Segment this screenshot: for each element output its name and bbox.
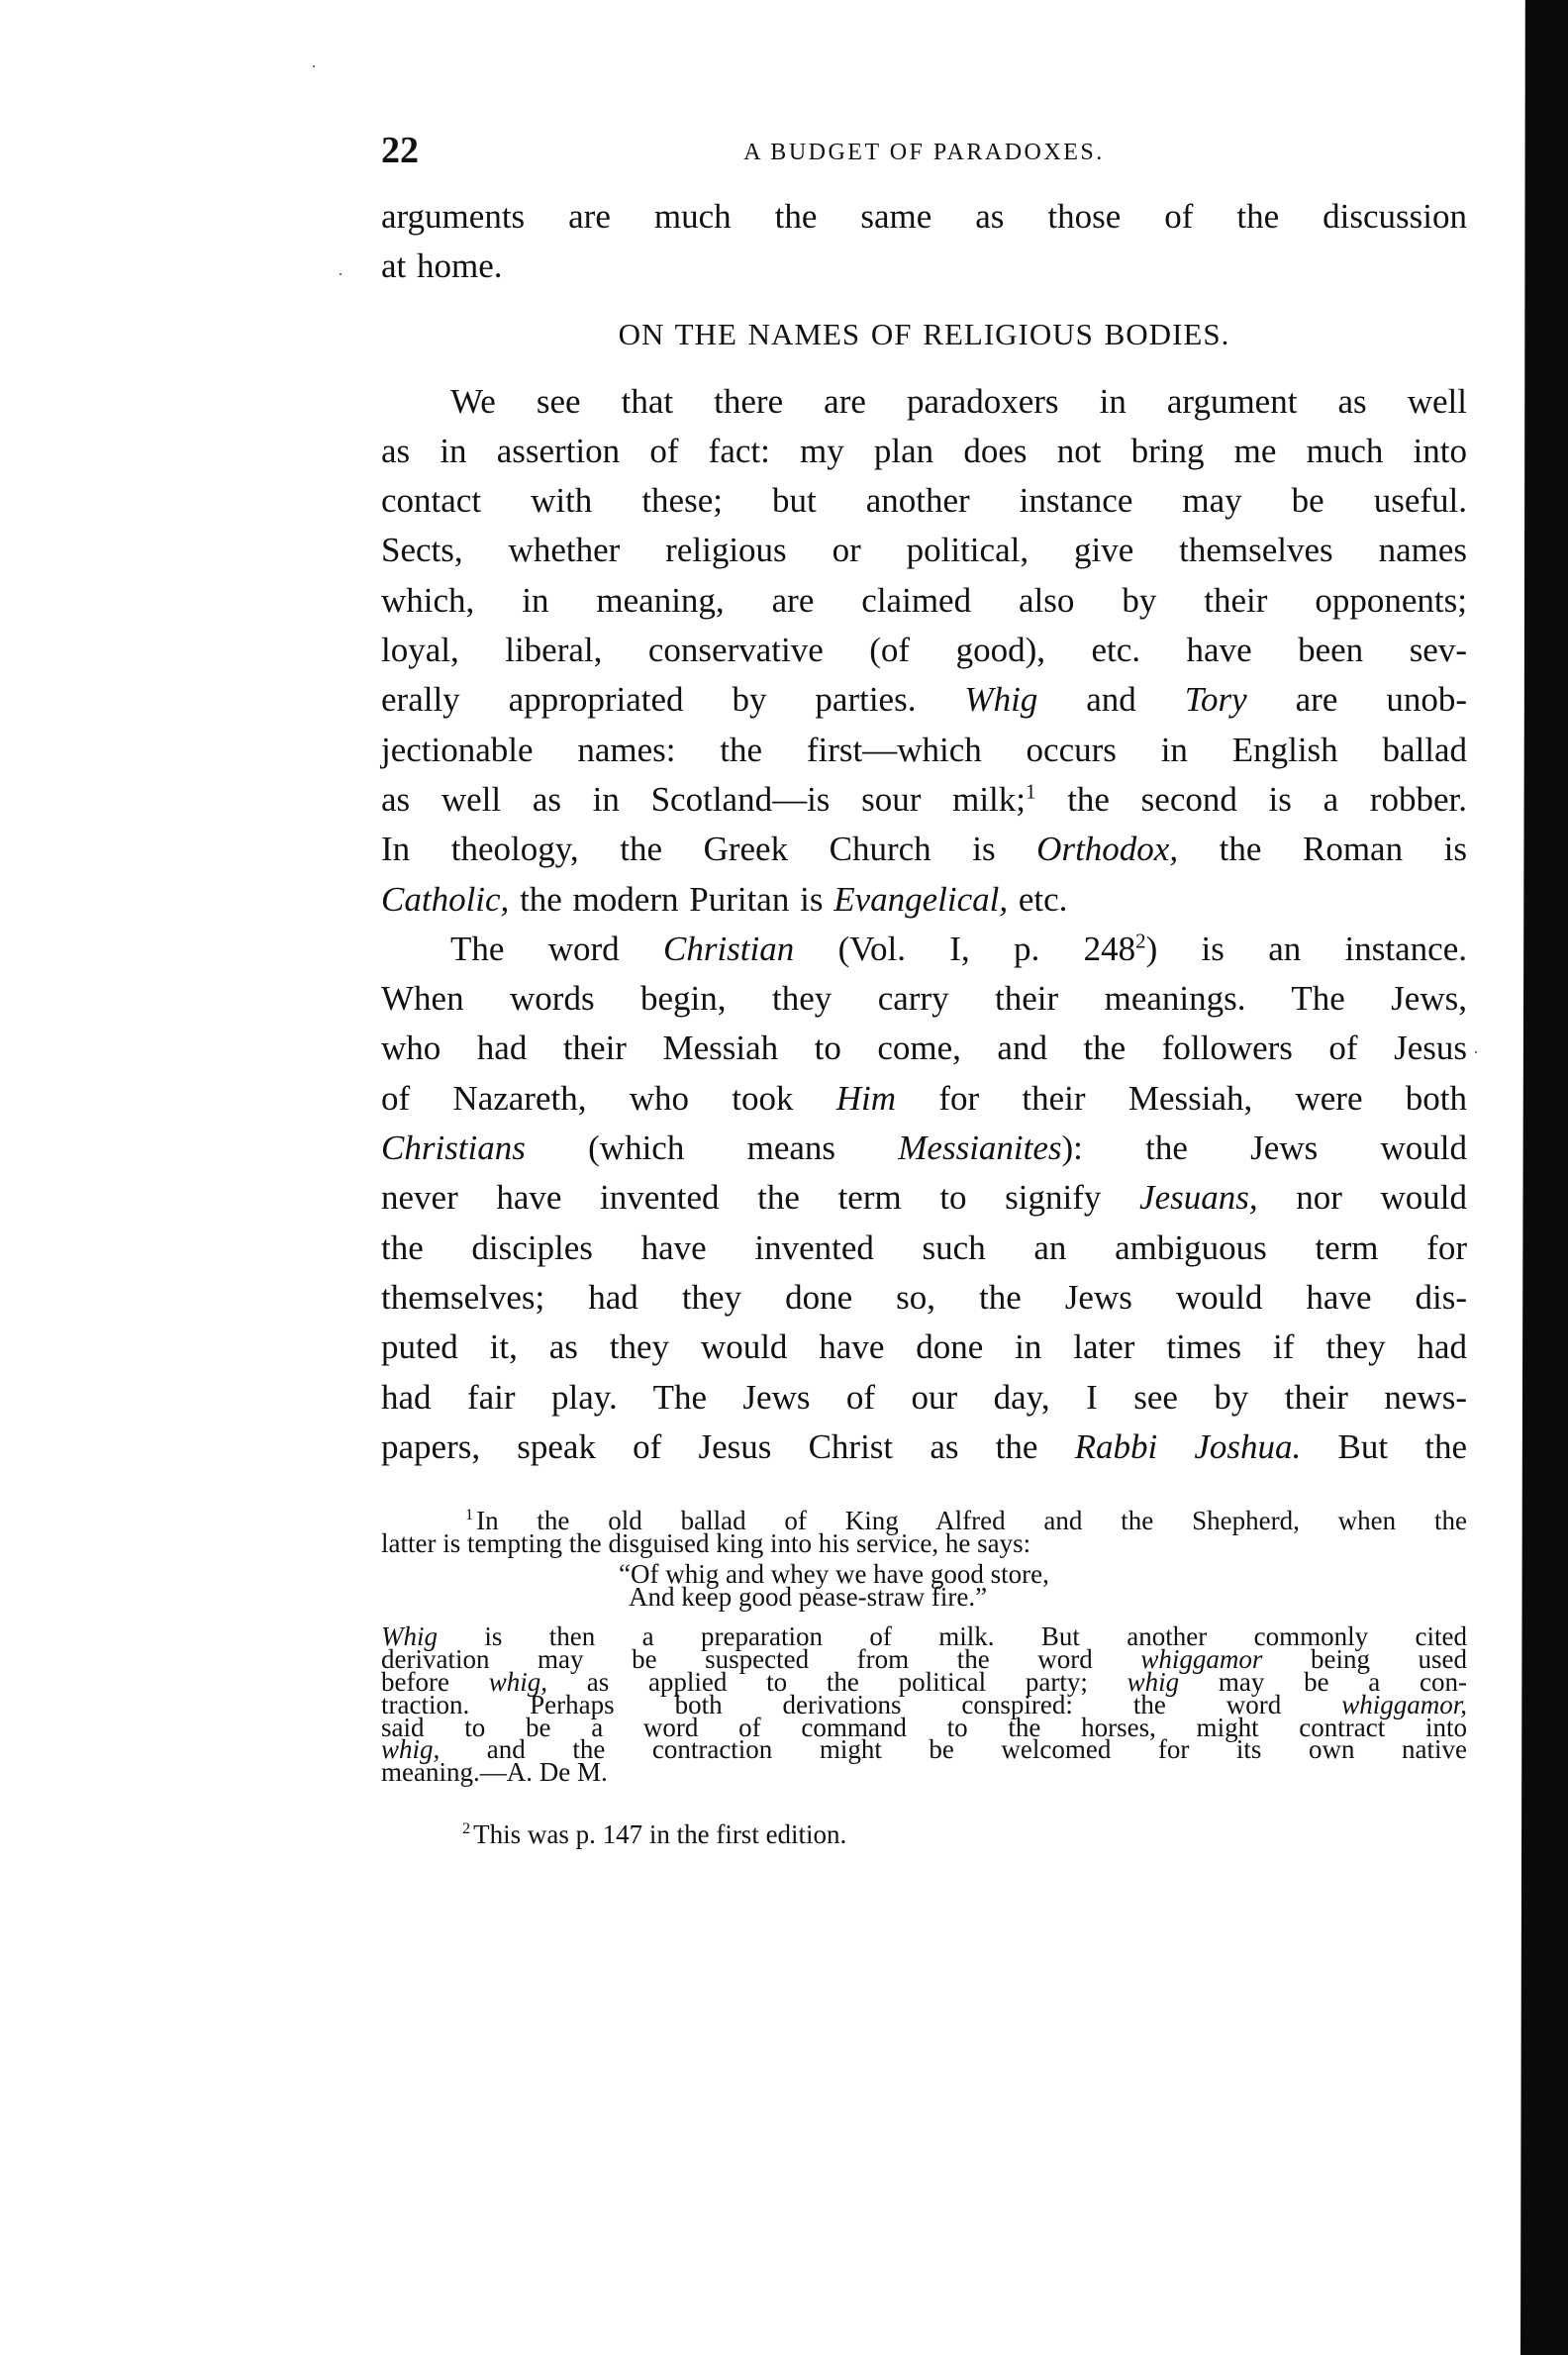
text-line: loyal, liberal, conservative (of good), … bbox=[381, 626, 1467, 675]
italic-term: Orthodox, bbox=[1036, 830, 1178, 868]
text-line: which, in meaning, are claimed also by t… bbox=[381, 576, 1467, 626]
book-page: 22 A BUDGET OF PARADOXES. arguments are … bbox=[381, 127, 1467, 1846]
text-line: When words begin, they carry their meani… bbox=[381, 974, 1467, 1024]
italic-term: Tory bbox=[1185, 680, 1247, 719]
italic-term: Messianites bbox=[898, 1128, 1061, 1167]
text-line: The word Christian (Vol. I, p. 2482) is … bbox=[381, 925, 1467, 974]
italic-term: Christians bbox=[381, 1128, 526, 1167]
text-run: are unob- bbox=[1247, 680, 1467, 719]
text-run: ) is an instance. bbox=[1146, 930, 1467, 968]
text-line: erally appropriated by parties. Whig and… bbox=[381, 675, 1467, 725]
italic-term: Christian bbox=[663, 930, 794, 968]
text-run: the second is a robber. bbox=[1036, 780, 1468, 819]
text-line: Catholic, the modern Puritan is Evangeli… bbox=[381, 875, 1467, 925]
text-line: papers, speak of Jesus Christ as the Rab… bbox=[381, 1423, 1467, 1472]
text-run: papers, speak of Jesus Christ as the bbox=[381, 1427, 1075, 1466]
footnote-marker: 2 bbox=[462, 1819, 470, 1837]
text-line: puted it, as they would have done in lat… bbox=[381, 1323, 1467, 1372]
continuation-paragraph: arguments are much the same as those of … bbox=[381, 192, 1467, 292]
footnotes: 1In the old ballad of King Alfred and th… bbox=[381, 1510, 1467, 1846]
text-line: contact with these; but another instance… bbox=[381, 476, 1467, 526]
footnote-line: latter is tempting the disguised king in… bbox=[381, 1532, 1467, 1555]
paragraph-christian: The word Christian (Vol. I, p. 2482) is … bbox=[381, 925, 1467, 1472]
text-line: of Nazareth, who took Him for their Mess… bbox=[381, 1074, 1467, 1124]
text-line: as in assertion of fact: my plan does no… bbox=[381, 427, 1467, 476]
italic-term: Evangelical, bbox=[833, 880, 1008, 919]
text-run: ): the Jews would bbox=[1062, 1128, 1467, 1167]
text-run: nor would bbox=[1258, 1178, 1467, 1217]
footnote-1: 1In the old ballad of King Alfred and th… bbox=[381, 1510, 1467, 1784]
text-line: as well as in Scotland—is sour milk;1 th… bbox=[381, 775, 1467, 825]
footnote-marker: 1 bbox=[465, 1506, 473, 1523]
scan-speck bbox=[340, 273, 342, 275]
italic-term: Jesuans, bbox=[1139, 1178, 1258, 1217]
footnote-verse-line: And keep good pease-straw fire.” bbox=[381, 1586, 1467, 1609]
scan-speck bbox=[313, 65, 315, 67]
running-head: 22 A BUDGET OF PARADOXES. bbox=[381, 127, 1467, 186]
text-line: had fair play. The Jews of our day, I se… bbox=[381, 1373, 1467, 1423]
text-line: In theology, the Greek Church is Orthodo… bbox=[381, 825, 1467, 874]
italic-term: Rabbi Joshua. bbox=[1075, 1427, 1302, 1466]
section-heading: ON THE NAMES OF RELIGIOUS BODIES. bbox=[381, 310, 1467, 359]
footnote-commentary: Whig is then a preparation of milk. But … bbox=[381, 1625, 1467, 1784]
text-run: of Nazareth, who took bbox=[381, 1079, 836, 1118]
italic-term: Whig bbox=[964, 680, 1037, 719]
footnote-ref-1[interactable]: 1 bbox=[1026, 779, 1036, 803]
text-run: never have invented the term to signify bbox=[381, 1178, 1139, 1217]
text-line: themselves; had they done so, the Jews w… bbox=[381, 1273, 1467, 1323]
text-run: erally appropriated by parties. bbox=[381, 680, 964, 719]
italic-term: Him bbox=[836, 1079, 896, 1118]
footnote-ref-2[interactable]: 2 bbox=[1135, 929, 1146, 952]
text-run: as well as in Scotland—is sour milk; bbox=[381, 780, 1026, 819]
text-run: for their Messiah, were both bbox=[896, 1079, 1467, 1118]
text-line: at home. bbox=[381, 242, 1467, 291]
text-run: But the bbox=[1301, 1427, 1467, 1466]
scan-edge-border bbox=[1520, 0, 1568, 2355]
text-line: never have invented the term to signify … bbox=[381, 1173, 1467, 1223]
text-line: jectionable names: the first—which occur… bbox=[381, 726, 1467, 775]
text-run: the modern Puritan is bbox=[509, 880, 833, 919]
text-line: the disciples have invented such an ambi… bbox=[381, 1224, 1467, 1273]
footnote-text: This was p. 147 in the first edition. bbox=[473, 1819, 846, 1849]
text-line: We see that there are paradoxers in argu… bbox=[381, 377, 1467, 427]
text-run: The word bbox=[450, 930, 663, 968]
running-title: A BUDGET OF PARADOXES. bbox=[381, 133, 1467, 172]
footnote-2: 2This was p. 147 in the first edition. bbox=[381, 1823, 1467, 1846]
scan-speck bbox=[1475, 1051, 1477, 1053]
text-line: arguments are much the same as those of … bbox=[381, 192, 1467, 242]
text-run: etc. bbox=[1008, 880, 1067, 919]
text-line: Sects, whether religious or political, g… bbox=[381, 526, 1467, 575]
text-run: In theology, the Greek Church is bbox=[381, 830, 1036, 868]
text-run: the Roman is bbox=[1178, 830, 1467, 868]
italic-term: Catholic, bbox=[381, 880, 509, 919]
paragraph-names: We see that there are paradoxers in argu… bbox=[381, 377, 1467, 925]
footnote-line: meaning.—A. De M. bbox=[381, 1761, 1467, 1784]
text-line: Christians (which means Messianites): th… bbox=[381, 1124, 1467, 1173]
text-run: and bbox=[1037, 680, 1184, 719]
text-run: (which means bbox=[526, 1128, 898, 1167]
text-line: who had their Messiah to come, and the f… bbox=[381, 1024, 1467, 1073]
body-text: arguments are much the same as those of … bbox=[381, 192, 1467, 1472]
text-run: (Vol. I, p. 248 bbox=[794, 930, 1135, 968]
